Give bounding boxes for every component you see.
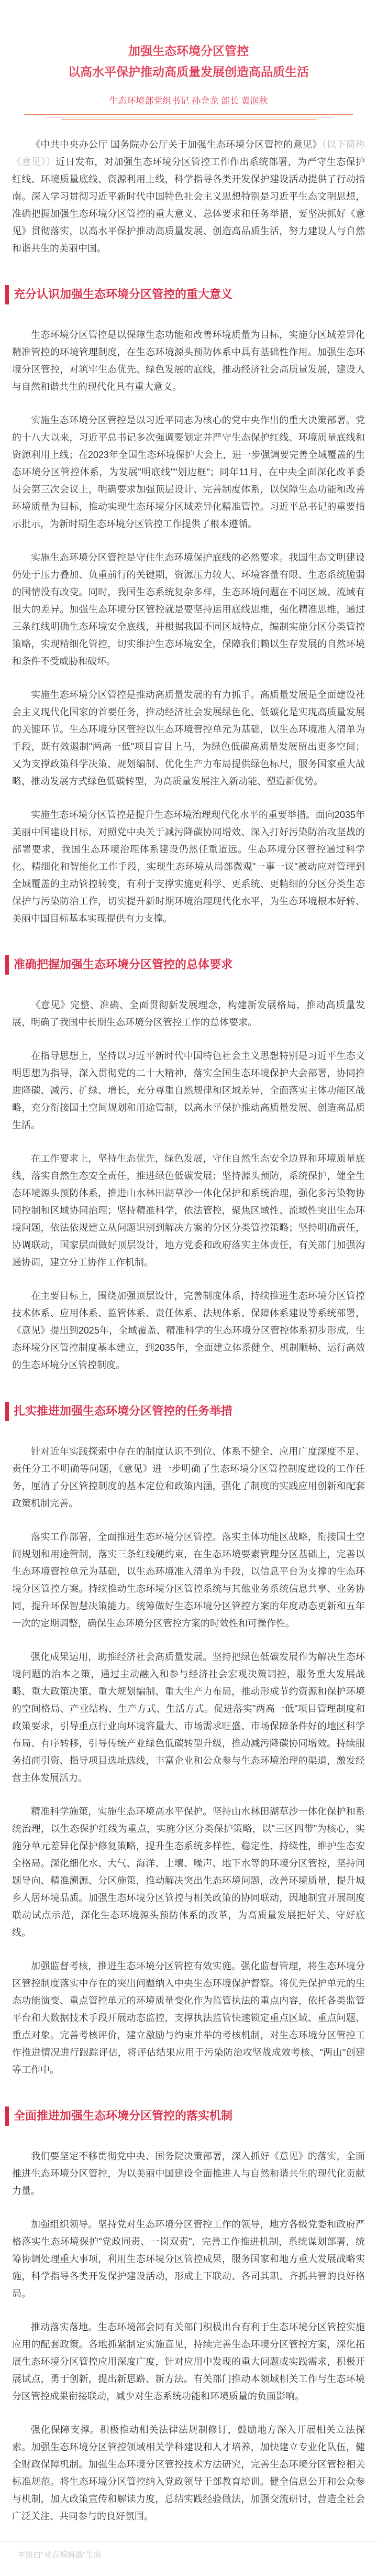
- paragraph: 加强组织领导。坚持党对生态环境分区管控工作的领导，地方各级党委和政府严格落实生态…: [12, 2216, 365, 2302]
- section-heading-text: 扎实推进加强生态环境分区管控的任务举措: [14, 1401, 232, 1421]
- paragraph: 生态环境分区管控是以保障生态功能和改善环境质量为目标，实施分区域差异化精准管控的…: [12, 326, 365, 396]
- divider-line-1: [24, 114, 353, 115]
- section-tasks-measures: 扎实推进加强生态环境分区管控的任务举措 针对近年实践探索中存在的制度认识不到位、…: [12, 1401, 365, 2079]
- paragraph: 实施生态环境分区管控是推动高质量发展的有力抓手。高质量发展是全面建设社会主义现代…: [12, 686, 365, 790]
- paragraph: 在主要目标上，围绕加强顶层设计，完善制度体系，持续推进生态环境分区管控技术体系、…: [12, 1287, 365, 1374]
- title-divider: [12, 114, 365, 120]
- section-heading-text: 准确把握加强生态环境分区管控的总体要求: [14, 955, 232, 975]
- article-title: 加强生态环境分区管控 以高水平保护推动高质量发展创造高品质生活: [12, 8, 365, 82]
- paragraph: 针对近年实践探索中存在的制度认识不到位、体系不健全、应用广度深度不足、责任分工不…: [12, 1443, 365, 1512]
- heading-accent-bar: [5, 2106, 9, 2126]
- section-heading: 扎实推进加强生态环境分区管控的任务举措: [5, 1401, 365, 1421]
- section-heading: 全面推进加强生态环境分区管控的落实机制: [5, 2106, 365, 2126]
- paragraph: 强化成果运用，助推经济社会高质量发展。坚持把绿色低碳发展作为解决生态环境问题的治…: [12, 1649, 365, 1787]
- article-page: 加强生态环境分区管控 以高水平保护推动高质量发展创造高品质生活 生态环境部党组书…: [0, 8, 377, 2576]
- divider-line-2: [45, 117, 332, 117]
- paragraph: 强化保障支撑。积极推动相关法律法规制修订，鼓励地方深入开展相关立法探索。加强生态…: [12, 2421, 365, 2525]
- section-heading-text: 充分认识加强生态环境分区管控的重大意义: [14, 285, 232, 304]
- article-content: 加强生态环境分区管控 以高水平保护推动高质量发展创造高品质生活 生态环境部党组书…: [0, 8, 377, 2525]
- paragraph: 实施生态环境分区管控是以习近平同志为核心的党中央作出的重大决策部署。党的十八大以…: [12, 412, 365, 533]
- paragraph: 精准科学施策，实施生态环境高水平保护。坚持山水林田湖草沙一体化保护和系统治理，以…: [12, 1803, 365, 1941]
- divider-line-3: [61, 119, 316, 120]
- intro-paragraph: 《中共中央办公厅 国务院办公厅关于加强生态环境分区管控的意见》（以下简称《意见》…: [12, 136, 365, 257]
- paragraph: 实施生态环境分区管控是提升生态环境治理现代化水平的重要举措。面向2035年美丽中…: [12, 806, 365, 927]
- article-title-line1: 加强生态环境分区管控: [128, 44, 249, 58]
- paragraph: 实施生态环境分区管控是守住生态环境保护底线的必然要求。我国生态文明建设仍处于压力…: [12, 549, 365, 670]
- section-implementation-mechanism: 全面推进加强生态环境分区管控的落实机制 我们要坚定不移贯彻党中央、国务院决策部署…: [12, 2106, 365, 2525]
- section-heading: 充分认识加强生态环境分区管控的重大意义: [5, 285, 365, 304]
- section-heading-text: 全面推进加强生态环境分区管控的落实机制: [14, 2106, 232, 2126]
- intro-text-after: 近日发布，对加强生态环境分区管控工作作出系统部署，为严守生态保护红线、环境质量底…: [12, 157, 365, 254]
- heading-accent-bar: [5, 1402, 9, 1421]
- article-byline: 生态环境部党组书记 孙金龙 部长 黄润秋: [12, 96, 365, 106]
- paragraph: 在指导思想上，坚持以习近平新时代中国特色社会主义思想特别是习近平生态文明思想为指…: [12, 1047, 365, 1134]
- section-overall-requirements: 准确把握加强生态环境分区管控的总体要求 《意见》完整、准确、全面贯彻新发展理念，…: [12, 955, 365, 1374]
- paragraph: 推动落实落地。生态环境部会同有关部门积极出台有利于生态环境分区管控实施应用的配套…: [12, 2319, 365, 2405]
- paragraph: 加强监督考核，推进生态环境分区管控有效实施。强化监督管理，将生态环境分区管控制度…: [12, 1958, 365, 2079]
- paragraph: 《意见》完整、准确、全面贯彻新发展理念，构建新发展格局，推动高质量发展，明确了我…: [12, 997, 365, 1031]
- heading-accent-bar: [5, 955, 9, 975]
- heading-accent-bar: [5, 285, 9, 304]
- article-title-line2: 以高水平保护推动高质量发展创造高品质生活: [68, 65, 309, 79]
- section-significance: 充分认识加强生态环境分区管控的重大意义 生态环境分区管控是以保障生态功能和改善环…: [12, 285, 365, 927]
- footer: 本图由"易点编辑器"生成: [0, 2541, 377, 2576]
- section-heading: 准确把握加强生态环境分区管控的总体要求: [5, 955, 365, 975]
- intro-text-before: 《中共中央办公厅 国务院办公厅关于加强生态环境分区管控的意见》: [31, 139, 322, 150]
- paragraph: 我们要坚定不移贯彻党中央、国务院决策部署，深入抓好《意见》的落实，全面推进生态环…: [12, 2148, 365, 2200]
- paragraph: 在工作要求上，坚持生态优先，绿色发展，守住自然生态安全边界和环境质量底线，落实自…: [12, 1150, 365, 1271]
- paragraph: 落实工作部署，全面推进生态环境分区管控。落实主体功能区战略，衔接国土空间规划和用…: [12, 1529, 365, 1632]
- footer-note: 本图由"易点编辑器"生成: [17, 2550, 377, 2560]
